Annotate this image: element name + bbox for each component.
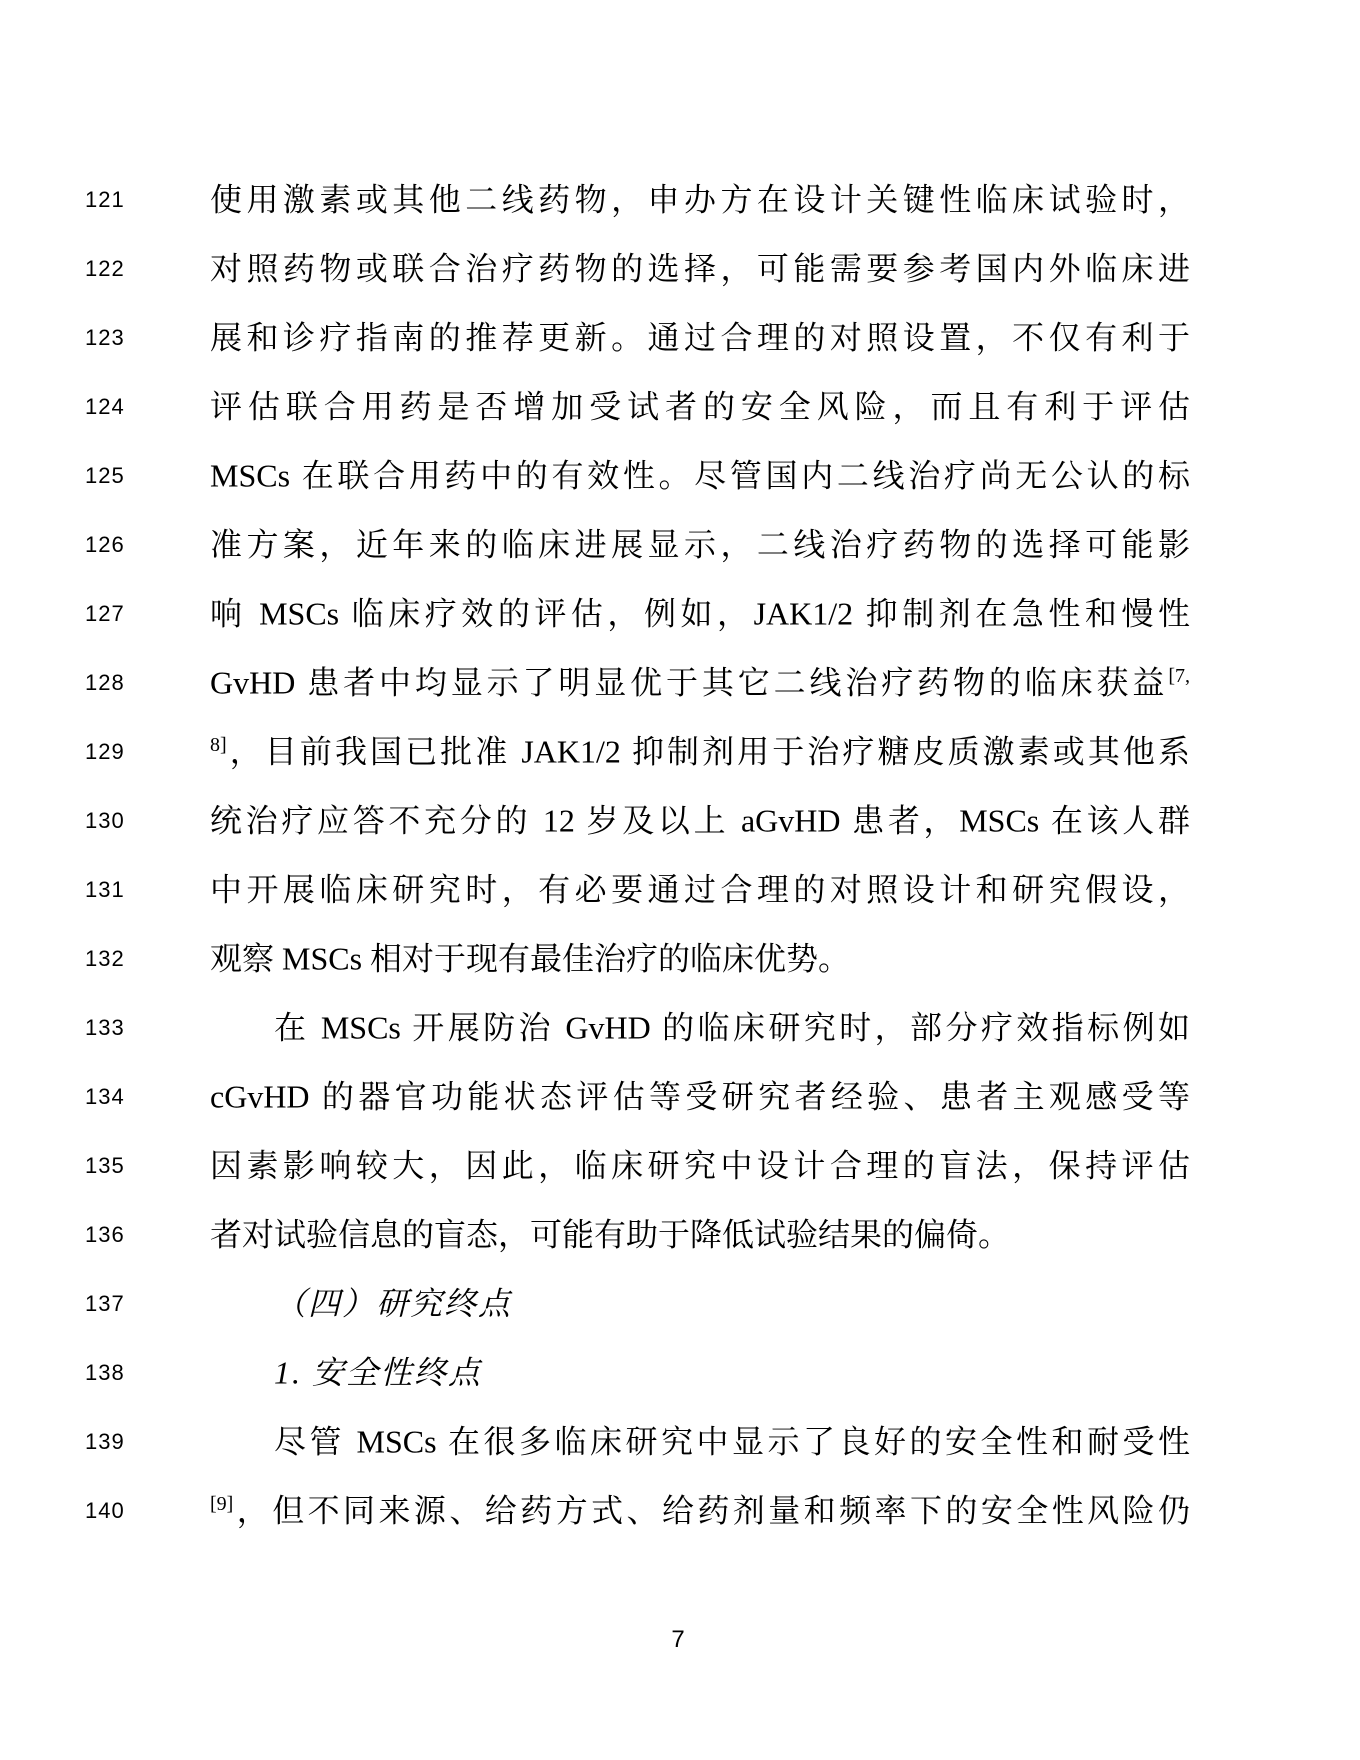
line-number: 121 — [85, 187, 125, 213]
line-text-content: 统治疗应答不充分的 12 岁及以上 aGvHD 患者，MSCs 在该人群 — [210, 802, 1190, 838]
line-text-content: 尽管 MSCs 在很多临床研究中显示了良好的安全性和耐受性 — [274, 1423, 1190, 1459]
text-line: 1298]，目前我国已批准 JAK1/2 抑制剂用于治疗糖皮质激素或其他系 — [0, 717, 1360, 786]
citation-superscript: 8] — [210, 733, 227, 755]
citation-superscript: [9] — [210, 1492, 233, 1514]
line-text: GvHD 患者中均显示了明显优于其它二线治疗药物的临床获益[7, — [210, 664, 1190, 701]
text-line: 135因素影响较大，因此，临床研究中设计合理的盲法，保持评估 — [0, 1131, 1360, 1200]
text-line: 132观察 MSCs 相对于现有最佳治疗的临床优势。 — [0, 924, 1360, 993]
text-line: 1381. 安全性终点 — [0, 1338, 1360, 1407]
line-text: 观察 MSCs 相对于现有最佳治疗的临床优势。 — [210, 940, 1190, 977]
line-number: 140 — [85, 1498, 125, 1524]
line-text: 因素影响较大，因此，临床研究中设计合理的盲法，保持评估 — [210, 1147, 1190, 1184]
text-line: 127响 MSCs 临床疗效的评估，例如，JAK1/2 抑制剂在急性和慢性 — [0, 579, 1360, 648]
line-text-content: 者对试验信息的盲态，可能有助于降低试验结果的偏倚。 — [210, 1216, 1010, 1252]
line-text-content: MSCs 在联合用药中的有效性。尽管国内二线治疗尚无公认的标 — [210, 457, 1190, 493]
line-text: 者对试验信息的盲态，可能有助于降低试验结果的偏倚。 — [210, 1216, 1190, 1253]
line-text: 在 MSCs 开展防治 GvHD 的临床研究时，部分疗效指标例如 — [210, 1009, 1190, 1046]
line-number: 122 — [85, 256, 125, 282]
line-text-content: 响 MSCs 临床疗效的评估，例如，JAK1/2 抑制剂在急性和慢性 — [210, 595, 1190, 631]
line-number: 137 — [85, 1291, 125, 1317]
line-number: 139 — [85, 1429, 125, 1455]
line-number: 127 — [85, 601, 125, 627]
line-text-content: 1. 安全性终点 — [274, 1354, 482, 1390]
document-page: 121使用激素或其他二线药物，申办方在设计关键性临床试验时，122对照药物或联合… — [0, 0, 1360, 1760]
line-number: 126 — [85, 532, 125, 558]
line-text: 8]，目前我国已批准 JAK1/2 抑制剂用于治疗糖皮质激素或其他系 — [210, 733, 1190, 770]
line-number: 124 — [85, 394, 125, 420]
text-line: 133在 MSCs 开展防治 GvHD 的临床研究时，部分疗效指标例如 — [0, 993, 1360, 1062]
text-line: 123展和诊疗指南的推荐更新。通过合理的对照设置，不仅有利于 — [0, 303, 1360, 372]
text-line: 137（四）研究终点 — [0, 1269, 1360, 1338]
line-text: 准方案，近年来的临床进展显示，二线治疗药物的选择可能影 — [210, 526, 1190, 563]
line-text: （四）研究终点 — [210, 1285, 1190, 1322]
line-number: 128 — [85, 670, 125, 696]
line-number: 131 — [85, 877, 125, 903]
line-text-content: ，目前我国已批准 JAK1/2 抑制剂用于治疗糖皮质激素或其他系 — [227, 733, 1190, 769]
citation-superscript: [7, — [1168, 664, 1190, 686]
line-text: 中开展临床研究时，有必要通过合理的对照设计和研究假设， — [210, 871, 1190, 908]
line-text-content: 因素影响较大，因此，临床研究中设计合理的盲法，保持评估 — [210, 1147, 1190, 1183]
text-line: 128GvHD 患者中均显示了明显优于其它二线治疗药物的临床获益[7, — [0, 648, 1360, 717]
line-text: 1. 安全性终点 — [210, 1354, 1190, 1391]
line-number: 138 — [85, 1360, 125, 1386]
text-line: 121使用激素或其他二线药物，申办方在设计关键性临床试验时， — [0, 165, 1360, 234]
line-text: 使用激素或其他二线药物，申办方在设计关键性临床试验时， — [210, 181, 1190, 218]
line-text: 展和诊疗指南的推荐更新。通过合理的对照设置，不仅有利于 — [210, 319, 1190, 356]
line-text-content: 观察 MSCs 相对于现有最佳治疗的临床优势。 — [210, 940, 850, 976]
line-number: 135 — [85, 1153, 125, 1179]
line-text: 响 MSCs 临床疗效的评估，例如，JAK1/2 抑制剂在急性和慢性 — [210, 595, 1190, 632]
line-text: 统治疗应答不充分的 12 岁及以上 aGvHD 患者，MSCs 在该人群 — [210, 802, 1190, 839]
line-number: 134 — [85, 1084, 125, 1110]
line-text: 尽管 MSCs 在很多临床研究中显示了良好的安全性和耐受性 — [210, 1423, 1190, 1460]
line-number: 123 — [85, 325, 125, 351]
line-text-content: ，但不同来源、给药方式、给药剂量和频率下的安全性风险仍 — [233, 1492, 1190, 1528]
line-number: 130 — [85, 808, 125, 834]
text-line: 122对照药物或联合治疗药物的选择，可能需要参考国内外临床进 — [0, 234, 1360, 303]
line-text: [9]，但不同来源、给药方式、给药剂量和频率下的安全性风险仍 — [210, 1492, 1190, 1529]
line-number: 133 — [85, 1015, 125, 1041]
line-text-content: 准方案，近年来的临床进展显示，二线治疗药物的选择可能影 — [210, 526, 1190, 562]
line-number: 129 — [85, 739, 125, 765]
line-text-content: （四）研究终点 — [274, 1285, 512, 1321]
line-text-content: 对照药物或联合治疗药物的选择，可能需要参考国内外临床进 — [210, 250, 1190, 286]
line-text-content: 使用激素或其他二线药物，申办方在设计关键性临床试验时， — [210, 181, 1190, 217]
text-body: 121使用激素或其他二线药物，申办方在设计关键性临床试验时，122对照药物或联合… — [0, 165, 1360, 1545]
text-line: 134cGvHD 的器官功能状态评估等受研究者经验、患者主观感受等 — [0, 1062, 1360, 1131]
line-number: 125 — [85, 463, 125, 489]
text-line: 125MSCs 在联合用药中的有效性。尽管国内二线治疗尚无公认的标 — [0, 441, 1360, 510]
text-line: 140[9]，但不同来源、给药方式、给药剂量和频率下的安全性风险仍 — [0, 1476, 1360, 1545]
line-text-content: cGvHD 的器官功能状态评估等受研究者经验、患者主观感受等 — [210, 1078, 1190, 1114]
text-line: 130统治疗应答不充分的 12 岁及以上 aGvHD 患者，MSCs 在该人群 — [0, 786, 1360, 855]
line-text: cGvHD 的器官功能状态评估等受研究者经验、患者主观感受等 — [210, 1078, 1190, 1115]
line-text-content: 展和诊疗指南的推荐更新。通过合理的对照设置，不仅有利于 — [210, 319, 1190, 355]
text-line: 126准方案，近年来的临床进展显示，二线治疗药物的选择可能影 — [0, 510, 1360, 579]
text-line: 136者对试验信息的盲态，可能有助于降低试验结果的偏倚。 — [0, 1200, 1360, 1269]
text-line: 139尽管 MSCs 在很多临床研究中显示了良好的安全性和耐受性 — [0, 1407, 1360, 1476]
line-text: 对照药物或联合治疗药物的选择，可能需要参考国内外临床进 — [210, 250, 1190, 287]
line-text-content: 在 MSCs 开展防治 GvHD 的临床研究时，部分疗效指标例如 — [274, 1009, 1190, 1045]
page-number: 7 — [0, 1626, 1356, 1654]
line-text-content: 中开展临床研究时，有必要通过合理的对照设计和研究假设， — [210, 871, 1190, 907]
line-text-content: 评估联合用药是否增加受试者的安全风险，而且有利于评估 — [210, 388, 1190, 424]
line-text: MSCs 在联合用药中的有效性。尽管国内二线治疗尚无公认的标 — [210, 457, 1190, 494]
line-text-content: GvHD 患者中均显示了明显优于其它二线治疗药物的临床获益 — [210, 664, 1168, 700]
line-number: 136 — [85, 1222, 125, 1248]
text-line: 124评估联合用药是否增加受试者的安全风险，而且有利于评估 — [0, 372, 1360, 441]
text-line: 131中开展临床研究时，有必要通过合理的对照设计和研究假设， — [0, 855, 1360, 924]
line-text: 评估联合用药是否增加受试者的安全风险，而且有利于评估 — [210, 388, 1190, 425]
line-number: 132 — [85, 946, 125, 972]
